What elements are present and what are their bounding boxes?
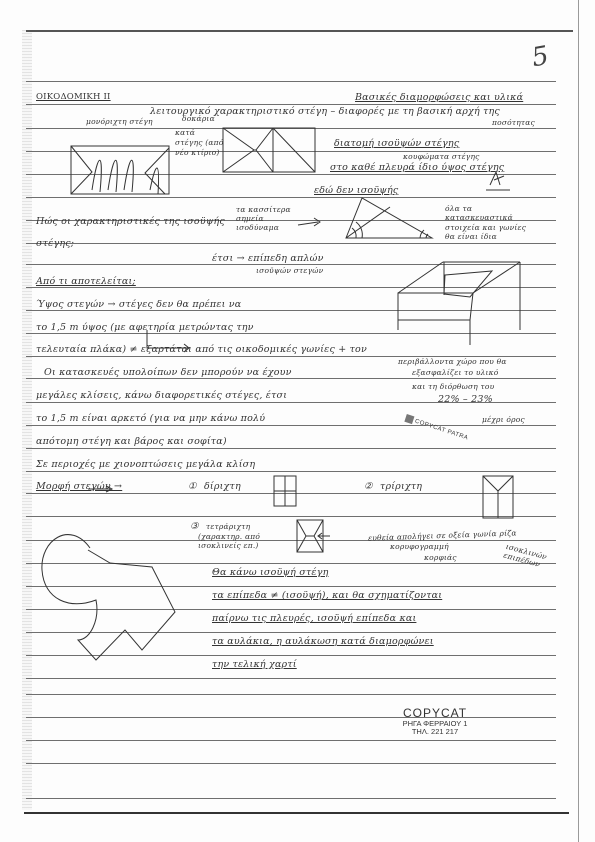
notebook-page: 5 ΟΙΚΟΔΟΜΙΚΗ ΙΙ Βασικές διαμορφώσεις και… [0,0,595,842]
four-sided-roof-sketch [297,520,330,552]
l-shaped-roof-sketch [42,535,175,660]
three-sided-roof-sketch [483,476,513,518]
shapes-arrow [88,486,112,492]
gable-roof-sketch [274,476,296,506]
signature-mark [486,172,510,190]
hand-sketches [0,0,595,842]
hip-roof-plan-sketch [223,128,315,172]
roof-section-sketch [71,146,169,194]
perspective-roof-sketch [398,262,520,345]
bracket-arrow [147,330,189,352]
angle-triangle-sketch [298,198,432,238]
